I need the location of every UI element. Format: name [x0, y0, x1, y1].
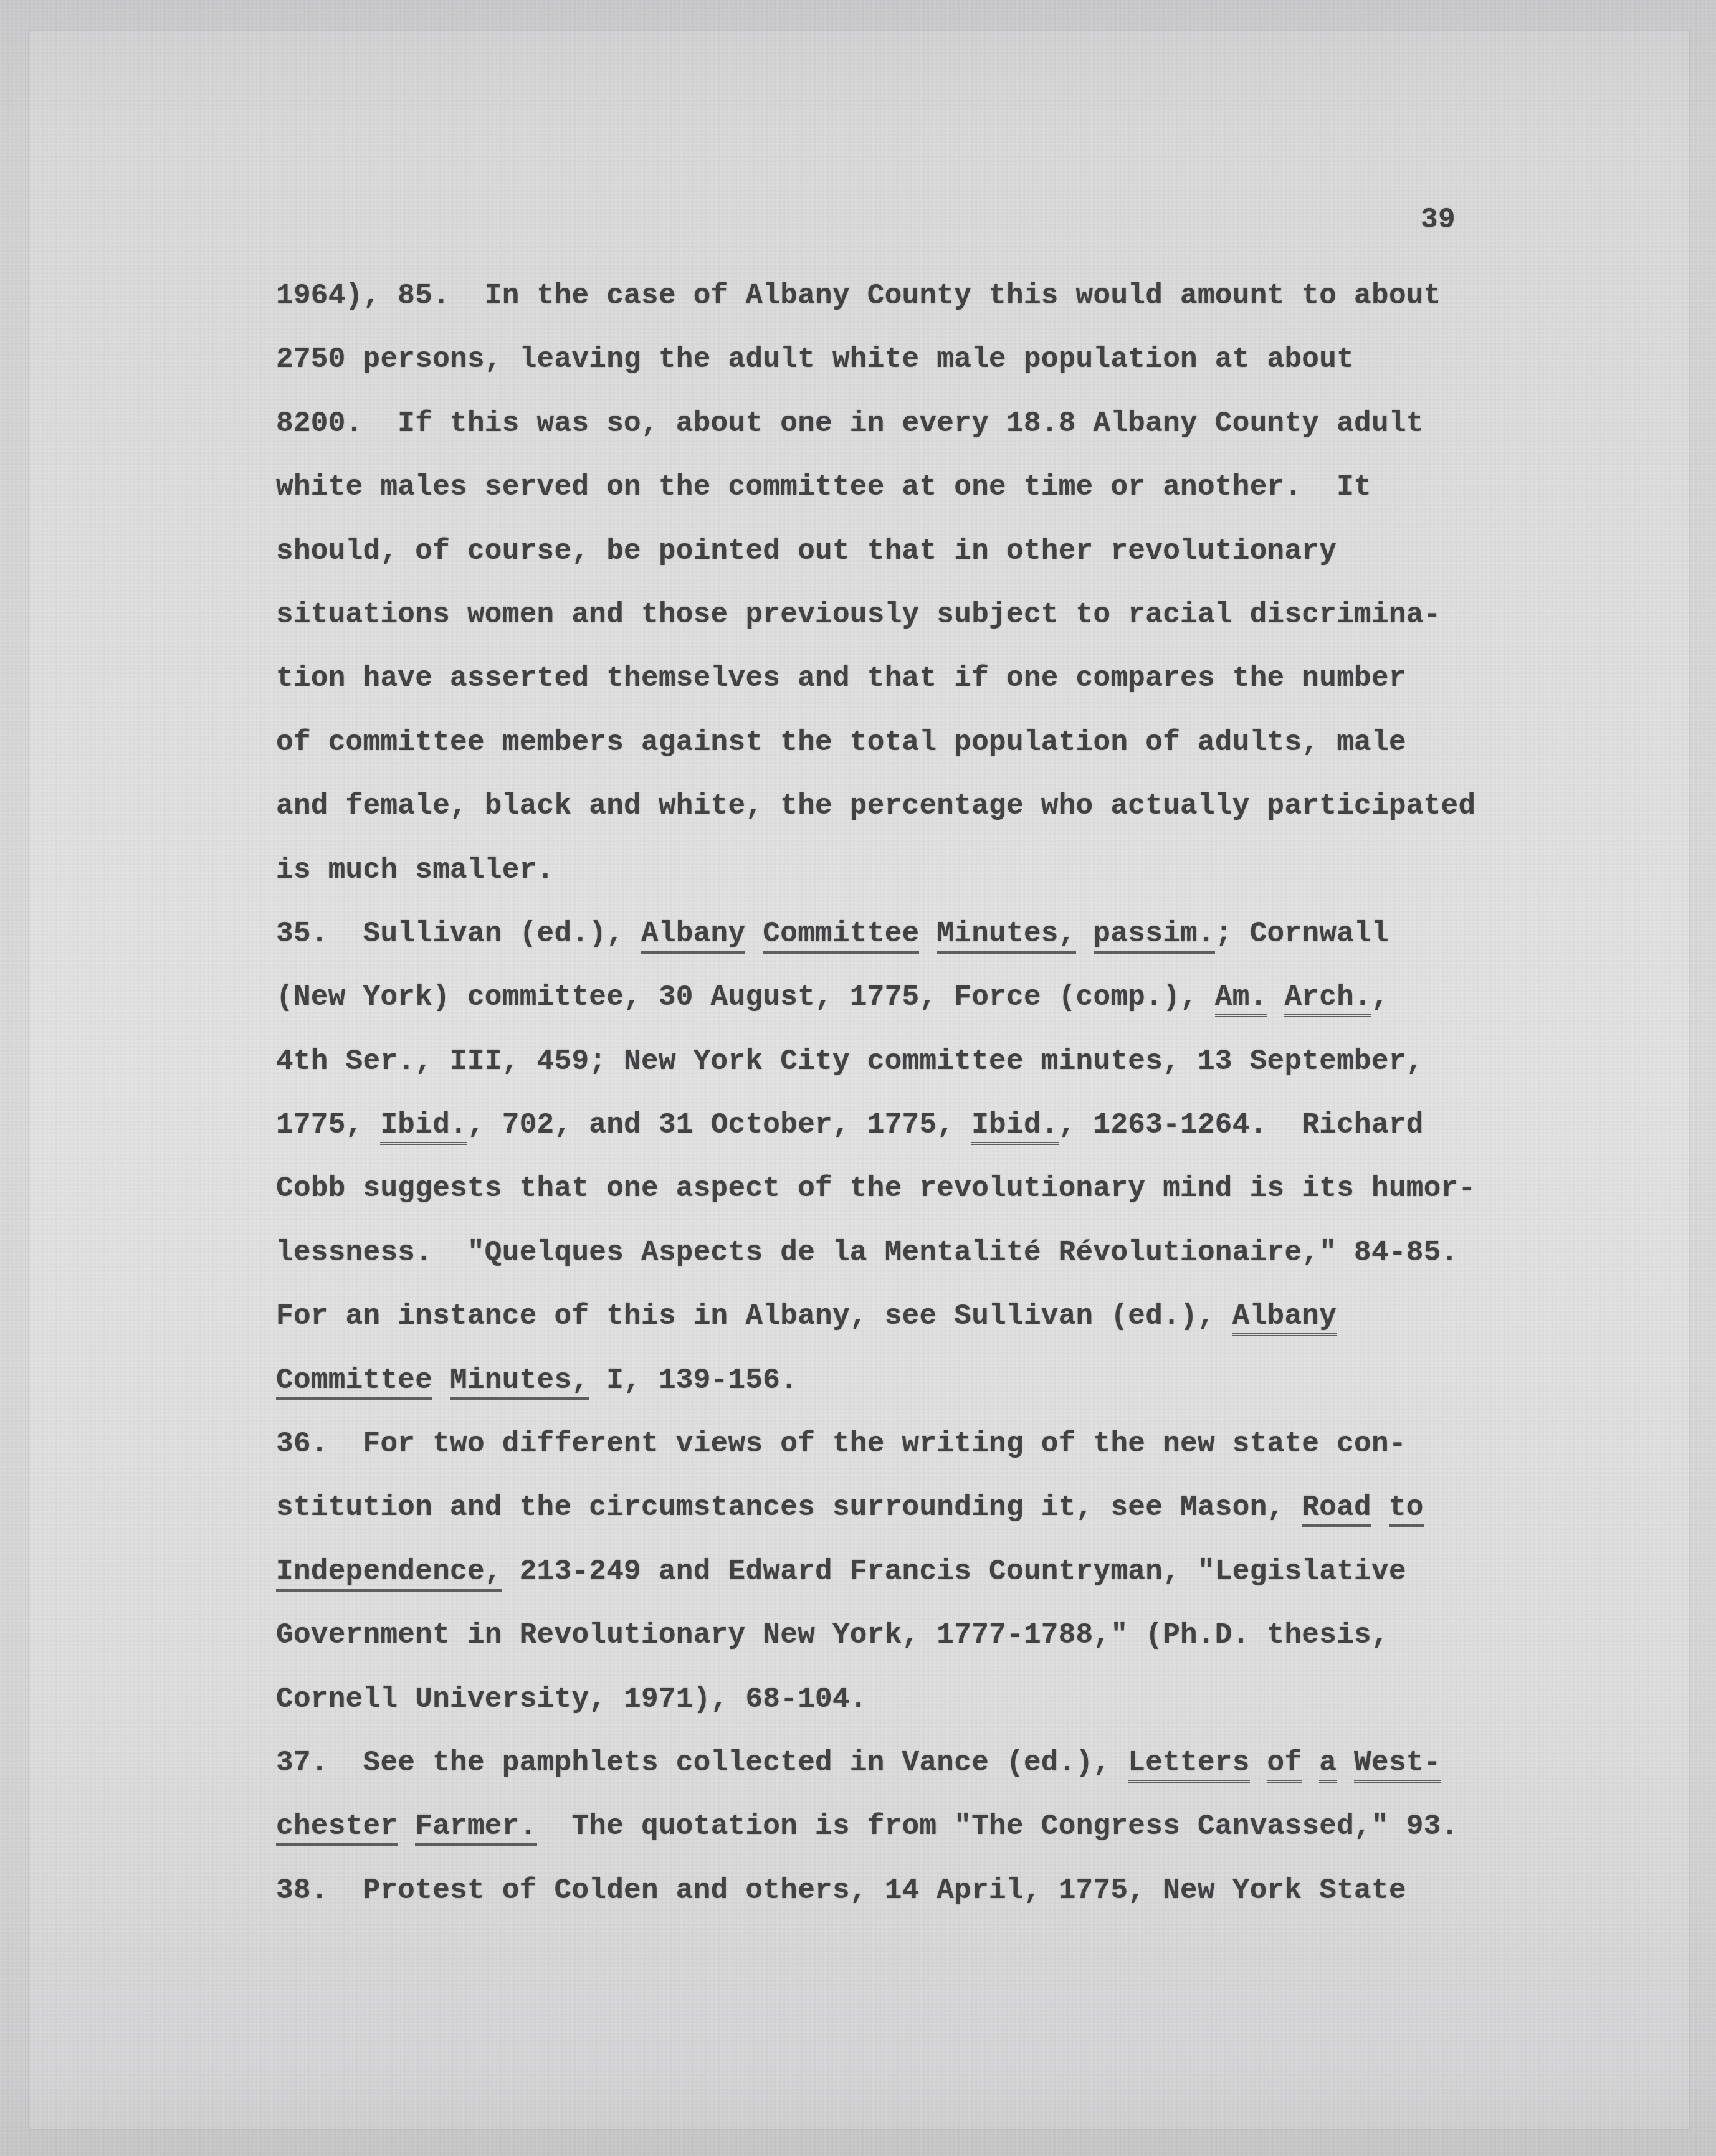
typewritten-text: 1775, [276, 1109, 380, 1141]
typewritten-text [1371, 1491, 1389, 1524]
scanned-document-page: 39 1964), 85. In the case of Albany Coun… [0, 0, 1716, 2156]
typewritten-text: of committee members against the total p… [276, 726, 1406, 759]
typewritten-text: is much smaller. [276, 854, 554, 886]
typewritten-text: 38. Protest of Colden and others, 14 Apr… [276, 1874, 1406, 1907]
document-line: tion have asserted themselves and that i… [276, 647, 1475, 710]
typewritten-text: should, of course, be pointed out that i… [276, 535, 1337, 567]
page-number: 39 [1421, 206, 1456, 234]
underlined-citation-text: chester [276, 1810, 398, 1846]
typewritten-text: situations women and those previously su… [276, 599, 1441, 631]
typewritten-text: tion have asserted themselves and that i… [276, 662, 1406, 695]
document-line: and female, black and white, the percent… [276, 774, 1475, 838]
typewritten-text: (New York) committee, 30 August, 1775, F… [276, 981, 1215, 1014]
document-line: 37. See the pamphlets collected in Vance… [276, 1731, 1475, 1795]
document-line: 36. For two different views of the writi… [276, 1412, 1475, 1476]
document-line: Cobb suggests that one aspect of the rev… [276, 1157, 1475, 1220]
underlined-citation-text: Albany [1232, 1300, 1337, 1336]
text-block: 1964), 85. In the case of Albany County … [276, 264, 1475, 1922]
typewritten-text [745, 918, 763, 950]
document-line: (New York) committee, 30 August, 1775, F… [276, 966, 1475, 1029]
typewritten-text: 2750 persons, leaving the adult white ma… [276, 343, 1354, 376]
underlined-citation-text: Letters [1128, 1747, 1249, 1783]
underlined-citation-text: Farmer. [415, 1810, 536, 1846]
document-line: 8200. If this was so, about one in every… [276, 392, 1475, 455]
document-line: stitution and the circumstances surround… [276, 1476, 1475, 1539]
document-line: For an instance of this in Albany, see S… [276, 1285, 1475, 1348]
document-line: Independence, 213-249 and Edward Francis… [276, 1540, 1475, 1603]
document-line: should, of course, be pointed out that i… [276, 520, 1475, 583]
typewritten-text: , 1263-1264. Richard [1059, 1109, 1424, 1141]
underlined-citation-text: Committee [763, 918, 919, 954]
typewritten-text: , 702, and 31 October, 1775, [467, 1109, 971, 1141]
underlined-citation-text: of [1267, 1747, 1302, 1783]
typewritten-text: lessness. "Quelques Aspects de la Mental… [276, 1237, 1459, 1269]
typewritten-text [1337, 1747, 1354, 1779]
document-line: 4th Ser., III, 459; New York City commit… [276, 1030, 1475, 1093]
typewritten-text: I, 139-156. [589, 1364, 798, 1397]
document-line: 35. Sullivan (ed.), Albany Committee Min… [276, 902, 1475, 966]
document-line: 2750 persons, leaving the adult white ma… [276, 328, 1475, 391]
document-line: white males served on the committee at o… [276, 455, 1475, 519]
typewritten-text [432, 1364, 450, 1397]
document-line: situations women and those previously su… [276, 583, 1475, 647]
typewritten-text: 8200. If this was so, about one in every… [276, 407, 1424, 440]
typewritten-text: , [1371, 981, 1389, 1014]
typewritten-text: Government in Revolutionary New York, 17… [276, 1619, 1389, 1651]
document-line: 1964), 85. In the case of Albany County … [276, 264, 1475, 328]
underlined-citation-text: Minutes, [450, 1364, 589, 1400]
typewritten-text: For an instance of this in Albany, see S… [276, 1300, 1232, 1332]
underlined-citation-text: passim. [1094, 918, 1215, 954]
document-line: of committee members against the total p… [276, 711, 1475, 774]
document-line: chester Farmer. The quotation is from "T… [276, 1795, 1475, 1858]
typewritten-text: 35. Sullivan (ed.), [276, 918, 641, 950]
underlined-citation-text: a [1319, 1747, 1337, 1783]
underlined-citation-text: Arch. [1284, 981, 1371, 1017]
underlined-citation-text: Albany [641, 918, 745, 954]
underlined-citation-text: West- [1354, 1747, 1441, 1783]
typewritten-text: stitution and the circumstances surround… [276, 1491, 1302, 1524]
typewritten-text: Cornell University, 1971), 68-104. [276, 1683, 867, 1716]
typewritten-text [919, 918, 937, 950]
typewritten-text: Cobb suggests that one aspect of the rev… [276, 1172, 1475, 1205]
underlined-citation-text: Road [1302, 1491, 1371, 1527]
typewritten-text: The quotation is from "The Congress Canv… [537, 1810, 1459, 1843]
typewritten-text: 37. See the pamphlets collected in Vance… [276, 1747, 1128, 1779]
typewritten-text: and female, black and white, the percent… [276, 790, 1475, 822]
typewritten-text [1302, 1747, 1319, 1779]
typewritten-text: ; Cornwall [1215, 918, 1389, 950]
typewritten-text [1250, 1747, 1267, 1779]
document-line: Government in Revolutionary New York, 17… [276, 1603, 1475, 1667]
typewritten-text: 36. For two different views of the writi… [276, 1428, 1406, 1460]
typewritten-text [398, 1810, 415, 1843]
document-line: 1775, Ibid., 702, and 31 October, 1775, … [276, 1093, 1475, 1157]
underlined-citation-text: Committee [276, 1364, 432, 1400]
underlined-citation-text: Am. [1215, 981, 1267, 1017]
typewritten-text: 213-249 and Edward Francis Countryman, "… [502, 1555, 1406, 1588]
document-line: Committee Minutes, I, 139-156. [276, 1349, 1475, 1412]
underlined-citation-text: Independence, [276, 1555, 502, 1592]
underlined-citation-text: Ibid. [380, 1109, 467, 1145]
document-line: 38. Protest of Colden and others, 14 Apr… [276, 1859, 1475, 1922]
underlined-citation-text: to [1389, 1491, 1424, 1527]
document-line: is much smaller. [276, 838, 1475, 902]
underlined-citation-text: Minutes, [937, 918, 1075, 954]
typewritten-text: 1964), 85. In the case of Albany County … [276, 280, 1441, 312]
document-line: Cornell University, 1971), 68-104. [276, 1668, 1475, 1731]
underlined-citation-text: Ibid. [971, 1109, 1059, 1145]
typewritten-text: 4th Ser., III, 459; New York City commit… [276, 1045, 1424, 1078]
document-line: lessness. "Quelques Aspects de la Mental… [276, 1221, 1475, 1285]
typewritten-text [1076, 918, 1094, 950]
typewritten-text: white males served on the committee at o… [276, 471, 1371, 503]
typewritten-text [1267, 981, 1285, 1014]
